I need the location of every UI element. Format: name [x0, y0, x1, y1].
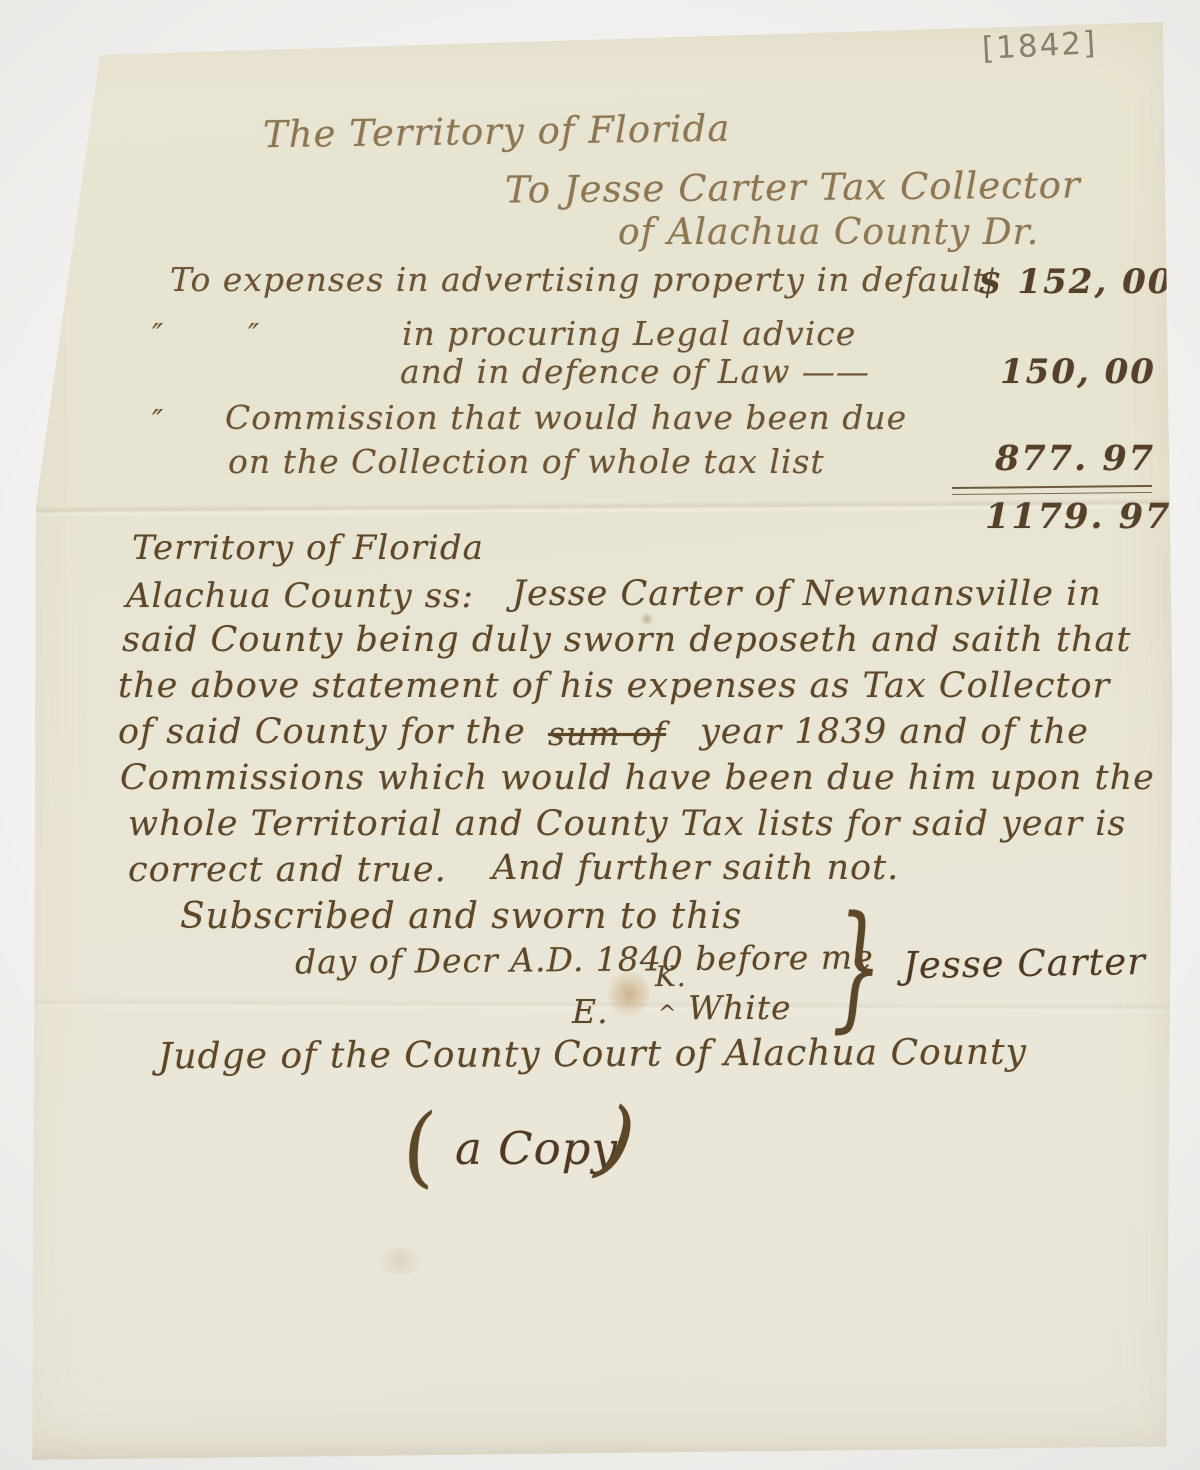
sum-rule [952, 485, 1152, 495]
stain-bottom [370, 1248, 430, 1274]
affidavit-body4a: of said County for the [118, 712, 526, 752]
statement-row3-text: and in defence of Law —— [400, 352, 870, 391]
statement-row3-amount: 150, 00 [1000, 352, 1156, 392]
statement-row4-text: Commission that would have been due [225, 398, 907, 437]
officer-initial: E. [572, 992, 609, 1031]
statement-title-line2: To Jesse Carter Tax Collector [505, 163, 1081, 211]
affidavit-body1: Jesse Carter of Newnansville in [512, 574, 1102, 614]
affidavit-body7a: correct and true. [128, 850, 447, 890]
year-annotation: [1842] [981, 25, 1098, 67]
ditto-mark-1: ″ [152, 318, 164, 353]
statement-row1-amount: $ 152, 00 [978, 262, 1173, 302]
statement-row2-text: in procuring Legal advice [402, 314, 856, 353]
ditto-mark-3: ″ [152, 404, 164, 439]
attestation-line1: Subscribed and sworn to this [180, 896, 742, 937]
officer-surname: White [688, 988, 792, 1027]
statement-row5-amount: 877. 97 [995, 438, 1155, 479]
statement-title-line1: The Territory of Florida [263, 107, 731, 157]
copy-close-paren: ) [592, 1088, 643, 1192]
statement-row5-text: on the Collection of whole tax list [228, 442, 825, 481]
affidavit-body5: Commissions which would have been due hi… [120, 758, 1155, 798]
affidavit-body3: the above statement of his expenses as T… [118, 666, 1110, 706]
affidavit-body2: said County being duly sworn deposeth an… [122, 620, 1132, 660]
statement-row1-text: To expenses in advertising property in d… [170, 260, 986, 299]
officer-inserted-initial: K. [655, 960, 687, 993]
affidavit-heading2: Alachua County ss: [126, 576, 474, 616]
brace-icon: } [832, 886, 883, 1046]
copy-note: a Copy [455, 1122, 618, 1175]
officer-title: Judge of the County Court of Alachua Cou… [158, 1032, 1027, 1078]
affidavit-body4-struck-words: sum of [548, 714, 666, 753]
affidavit-body4b: year 1839 and of the [700, 712, 1089, 752]
ditto-mark-2: ″ [248, 318, 260, 353]
signature-jesse-carter: Jesse Carter [903, 940, 1147, 987]
copy-open-paren: ( [395, 1096, 443, 1200]
affidavit-body6: whole Territorial and County Tax lists f… [128, 804, 1126, 844]
attestation-line2: day of Decr A.D. 1840 before me [295, 937, 874, 981]
statement-title-line3: of Alachua County Dr. [618, 212, 1039, 253]
caret-mark: ^ [658, 1002, 677, 1027]
stain-top [392, 22, 418, 42]
statement-total: 1179. 97 [985, 496, 1172, 537]
document-paper: [1842] The Territory of Florida To Jesse… [0, 0, 1200, 1470]
affidavit-heading1: Territory of Florida [132, 528, 484, 568]
affidavit-body7b: And further saith not. [492, 848, 899, 888]
